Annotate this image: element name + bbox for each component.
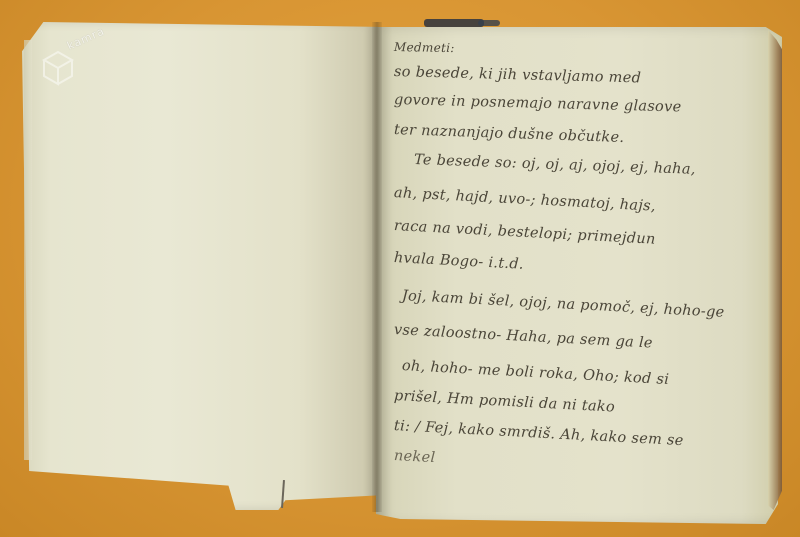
heading: Medmeti:	[394, 40, 455, 55]
right-page-edge	[768, 30, 782, 510]
left-page-edge	[24, 40, 32, 460]
spine-binding-tab	[424, 19, 484, 27]
open-notebook: kamra Medmeti: so besede, ki jih vstavlj…	[0, 0, 800, 537]
spine-binding-tab	[478, 20, 500, 26]
book-gutter	[372, 22, 382, 512]
watermark-text: kamra	[65, 24, 107, 52]
text-line: nekel	[394, 448, 436, 466]
photo-scene: kamra Medmeti: so besede, ki jih vstavlj…	[0, 0, 800, 537]
left-page	[22, 22, 378, 510]
watermark: kamra	[38, 26, 128, 86]
